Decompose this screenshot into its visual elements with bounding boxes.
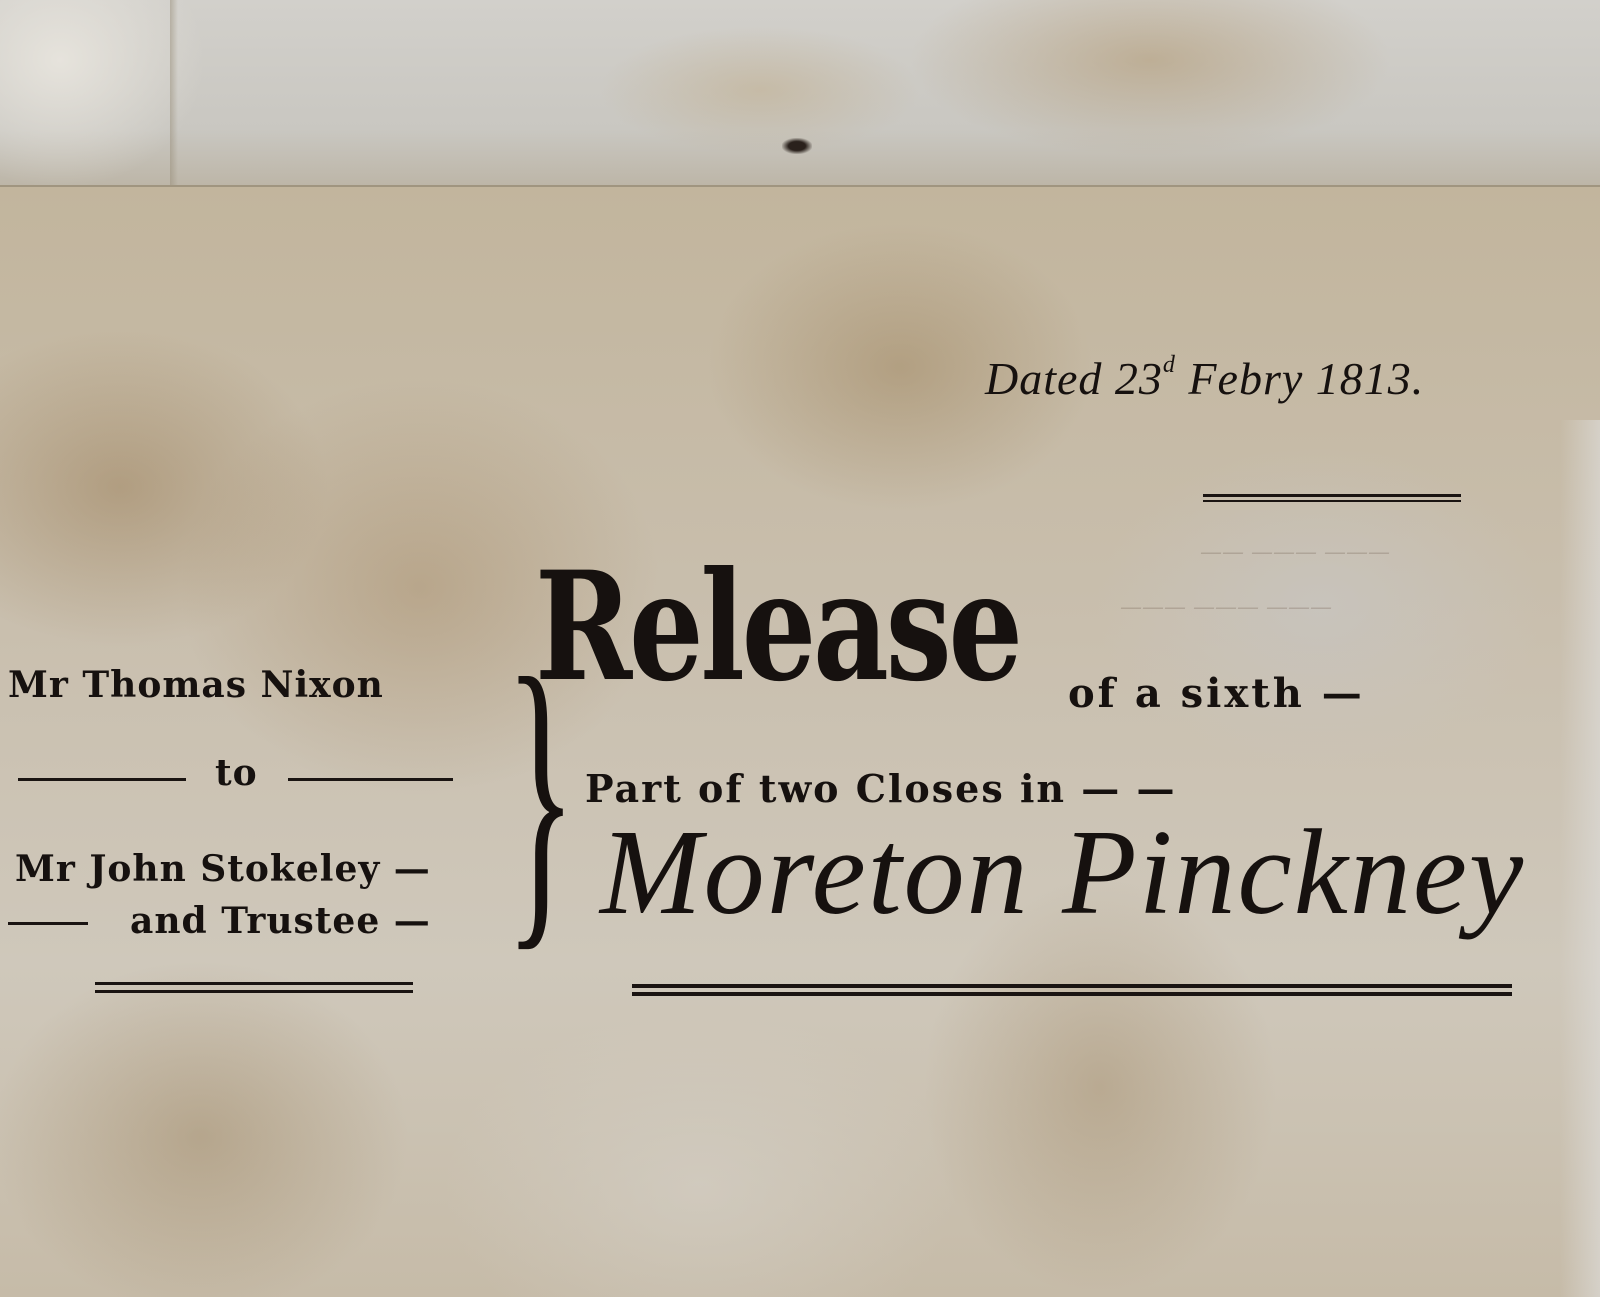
flap-fold-shadow <box>170 0 178 185</box>
grantee-addition: and Trustee — <box>130 900 431 942</box>
dated-label: Dated <box>985 353 1102 404</box>
connector-rule-right <box>288 778 453 781</box>
parchment-edge <box>1560 420 1600 1297</box>
bleed-through-text: ——— ——— ——— <box>1120 595 1332 620</box>
connector-to: to <box>215 752 258 794</box>
ink-blot <box>782 138 812 154</box>
date-line: Dated 23d Febry 1813. <box>985 352 1424 405</box>
grantee-name: Mr John Stokeley — <box>15 848 431 890</box>
document-title: Release <box>535 552 1020 702</box>
title-continuation: of a sixth — <box>1068 670 1365 717</box>
dated-day-suffix: d <box>1163 352 1176 378</box>
parties-underline <box>95 982 413 985</box>
date-underline <box>1203 494 1461 497</box>
title-underline <box>632 984 1512 988</box>
dated-month: Febry <box>1188 353 1303 404</box>
parties-underline-2 <box>95 990 413 993</box>
grantor-name: Mr Thomas Nixon <box>8 664 384 706</box>
dated-year: 1813. <box>1316 353 1425 404</box>
dated-day: 23 <box>1115 353 1163 404</box>
connector-rule-left <box>18 778 186 781</box>
folded-flap <box>0 0 1600 187</box>
bleed-through-text: —— ——— ——— <box>1200 540 1390 565</box>
place-name: Moreton Pinckney <box>600 812 1525 934</box>
date-underline-2 <box>1203 500 1461 502</box>
grantee-dash <box>8 922 88 925</box>
title-underline-2 <box>632 992 1512 996</box>
